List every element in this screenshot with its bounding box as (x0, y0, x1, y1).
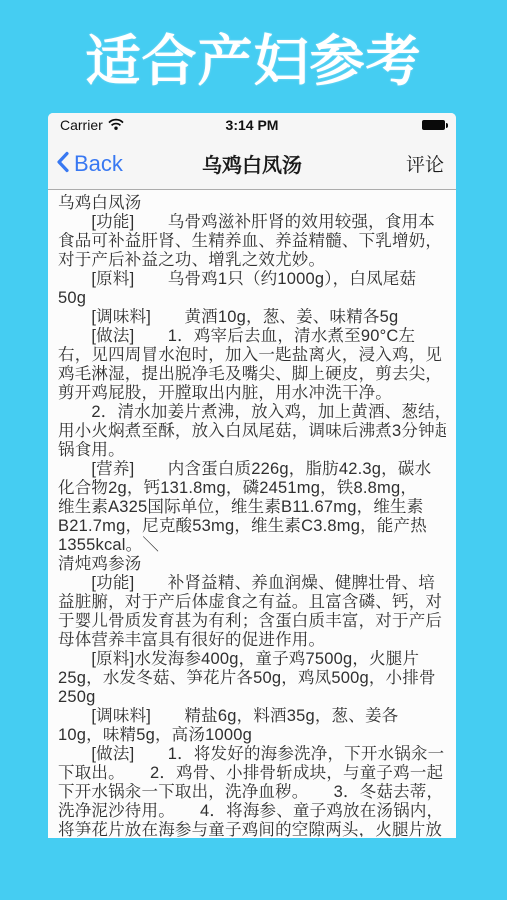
recipe-content-scroll[interactable]: 乌鸡白凤汤 [功能] 乌骨鸡滋补肝肾的效用较强，食用本食品可补益肝肾、生精养血、… (48, 190, 456, 837)
recipe-text-line: 将笋花片放在海参与童子鸡间的空隙两头，火腿片放 (58, 821, 446, 837)
chevron-left-icon (56, 151, 69, 176)
back-button[interactable]: Back (56, 137, 123, 190)
recipe-text-line: [原料]水发海参400g，童子鸡7500g，火腿片 (58, 650, 446, 669)
recipe-text-line: 洗净泥沙待用。 4．将海参、童子鸡放在汤锅内， (58, 802, 446, 821)
recipe-text-line: 清炖鸡参汤 (58, 555, 446, 574)
recipe-text-line: [做法] 1．将发好的海参洗净，下开水锅汆一 (58, 745, 446, 764)
recipe-text-line: B21.7mg，尼克酸53mg，维生素C3.8mg，能产热 (58, 517, 446, 536)
recipe-text-line: 益脏腑，对于产后体虚食之有益。且富含磷、钙，对 (58, 593, 446, 612)
recipe-text-line: [做法] 1．鸡宰后去血，清水煮至90°C左 (58, 327, 446, 346)
recipe-text-line: 乌鸡白凤汤 (58, 194, 446, 213)
status-time: 3:14 PM (48, 113, 456, 137)
battery-icon (422, 120, 445, 130)
recipe-text-line: [调味料] 精盐6g，料酒35g，葱、姜各 (58, 707, 446, 726)
recipe-text-line: 2．清水加姜片煮沸，放入鸡，加上黄酒、葱结， (58, 403, 446, 422)
recipe-text-line: 维生素A325国际单位，维生素B11.67mg，维生素 (58, 498, 446, 517)
recipe-text-line: 右，见四周冒水泡时，加入一匙盐离火，浸入鸡，见 (58, 346, 446, 365)
recipe-text-line: 250g (58, 688, 446, 707)
phone-screen: Carrier 3:14 PM Back 乌鸡白凤汤 评论 (48, 113, 456, 838)
status-bar: Carrier 3:14 PM (48, 113, 456, 137)
promo-banner: 适合产妇参考 (0, 0, 507, 113)
recipe-text-line: 鸡毛淋湿，提出脱净毛及嘴尖、脚上硬皮，剪去尖， (58, 365, 446, 384)
recipe-text-line: 用小火焖煮至酥，放入白凤尾菇，调味后沸煮3分钟起 (58, 422, 446, 441)
recipe-text-line: [功能] 补肾益精、养血润燥、健脾壮骨、培 (58, 574, 446, 593)
recipe-text-line: 50g (58, 289, 446, 308)
recipe-text-line: 化合物2g，钙131.8mg，磷2451mg，铁8.8mg， (58, 479, 446, 498)
recipe-text-line: [原料] 乌骨鸡1只（约1000g），白凤尾菇 (58, 270, 446, 289)
recipe-text-line: 于婴儿骨质发育甚为有利；含蛋白质丰富，对于产后 (58, 612, 446, 631)
recipe-text-line: [调味料] 黄酒10g，葱、姜、味精各5g (58, 308, 446, 327)
recipe-text-line: 下取出。 2．鸡骨、小排骨斩成块，与童子鸡一起 (58, 764, 446, 783)
recipe-text-line: [营养] 内含蛋白质226g，脂肪42.3g，碳水 (58, 460, 446, 479)
recipe-text-line: 锅食用。 (58, 441, 446, 460)
navigation-bar: Back 乌鸡白凤汤 评论 (48, 137, 456, 190)
recipe-text-line: [功能] 乌骨鸡滋补肝肾的效用较强，食用本 (58, 213, 446, 232)
recipe-text-line: 下开水锅汆一下取出，洗净血秽。 3．冬菇去蒂， (58, 783, 446, 802)
recipe-text-line: 1355kcal。＼ (58, 536, 446, 555)
recipe-text-line: 母体营养丰富具有很好的促进作用。 (58, 631, 446, 650)
recipe-text-line: 25g，水发冬菇、笋花片各50g，鸡凤500g，小排骨 (58, 669, 446, 688)
recipe-text-line: 对于产后补益之功、增乳之效尤妙。 (58, 251, 446, 270)
comment-button[interactable]: 评论 (406, 137, 444, 190)
banner-title: 适合产妇参考 (85, 17, 421, 96)
recipe-text-line: 10g，味精5g，高汤1000g (58, 726, 446, 745)
back-button-label: Back (74, 151, 123, 177)
recipe-text-line: 食品可补益肝肾、生精养血、养益精髓、下乳增奶， (58, 232, 446, 251)
recipe-text-line: 剪开鸡屁股，开膛取出内脏，用水冲洗干净。 (58, 384, 446, 403)
